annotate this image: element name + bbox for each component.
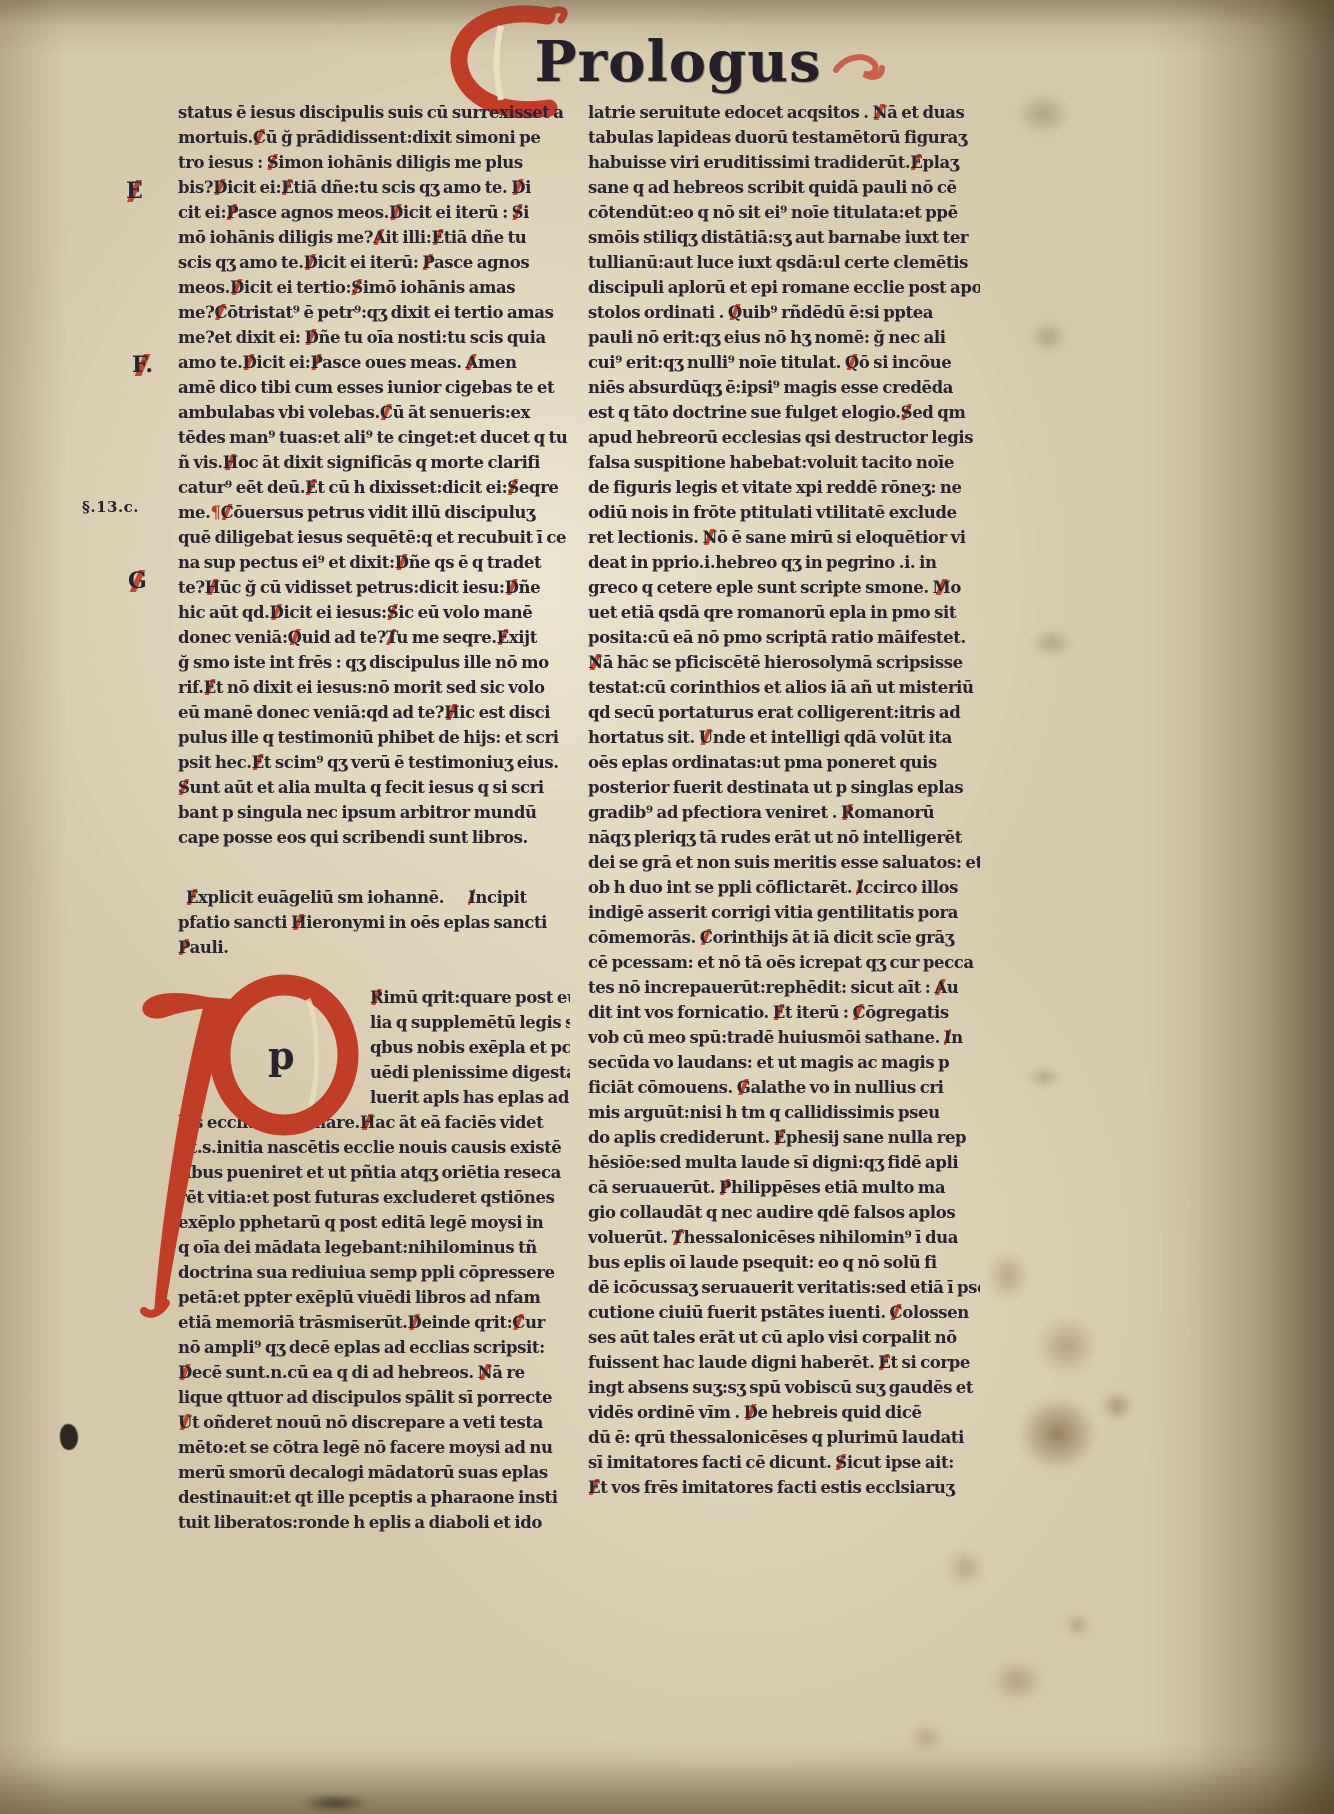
text-line: posita:cū eā nō pmo scriptā ratio māifes… [588,625,980,650]
text-line: status ē iesus discipulis suis cū surrex… [178,100,570,125]
text-line: ambulabas vbi volebas.Cū āt senueris:ex [178,400,570,425]
text-line: mortuis.Cū ğ prādidissent:dixit simoni p… [178,125,570,150]
text-line: latrie seruitute edocet acqsitos . Nā et… [588,100,980,125]
text-line: amē dico tibi cum esses iunior cigebas t… [178,375,570,400]
text-line: amo te.Dicit ei:Pasce oues meas. Amen [178,350,570,375]
text-line: catur⁹ eēt deū.Et cū h dixisset:dicit ei… [178,475,570,500]
text-line: rēt vitia:et post futuras excluderet qst… [178,1185,570,1210]
text-line: bant p singula nec ipsum arbitror mundū [178,800,570,825]
text-line: fuissent hac laude digni haberēt. Et si … [588,1350,980,1375]
text-line: dit int vos fornicatio. Et iterū : Cōgre… [588,1000,980,1025]
text-line: Pauli. [178,935,570,960]
page-title: Prologus [535,29,822,95]
text-line: eū manē donec veniā:qd ad te?Hic est dis… [178,700,570,725]
bleed-through-mark [1030,628,1074,658]
page-bottom-shadow [0,1762,1334,1814]
text-line: vob cū meo spū:tradē huiusmōi sathane. I… [588,1025,980,1050]
text-line: cutione ciuiū fuerit pstātes iuenti. Col… [588,1300,980,1325]
foxing-stain [986,1250,1030,1302]
text-line: dū ē: qrū thessalonicēses q plurimū laud… [588,1425,980,1450]
text-line: scis qʒ amo te.Dicit ei iterū: Pasce agn… [178,250,570,275]
text-line: habuisse viri eruditissimi tradiderūt.Ep… [588,150,980,175]
margin-note-4: G [128,568,147,594]
text-line: tibus pueniret et ut pñtia atqʒ oriētia … [178,1160,570,1185]
text-line: gio collaudāt q nec audire qdē falsos ap… [588,1200,980,1225]
text-line: ob h duo int se ppli cōflictarēt. Iccirc… [588,875,980,900]
text-line: smōis stiliqʒ distātiā:sʒ aut barnabe iu… [588,225,980,250]
edge-mark [300,1794,370,1812]
text-line: Sunt aūt et alia multa q fecit iesus q s… [178,775,570,800]
text-line: nō ampli⁹ qʒ decē eplas ad ecclias scrip… [178,1335,570,1360]
manuscript-page: Prologus status ē iesus discipulis suis … [0,0,1334,1814]
bleed-through-mark [1026,1066,1062,1088]
text-line: stolos ordinati . Quib⁹ rñdēdū ē:si ppte… [588,300,980,325]
foxing-stain [1036,1316,1098,1376]
bleed-through-mark [1015,92,1071,136]
text-line: ingt absens suʒ:sʒ spū vobiscū suʒ gaudē… [588,1375,980,1400]
text-line: do aplis crediderunt. Ephesij sane nulla… [588,1125,980,1150]
text-line: tro iesus : Simon iohānis diligis me plu… [178,150,570,175]
text-line: na sup pectus ei⁹ et dixit:Dñe qs ē q tr… [178,550,570,575]
preface-text-block: latrie seruitute edocet acqsitos . Nā et… [588,100,980,1500]
text-line: doctrina sua rediuiua semp ppli cōpresse… [178,1260,570,1285]
text-line: tes nō increpauerūt:rephēdit: sicut aīt … [588,975,980,1000]
text-line: qd secū portaturus erat colligerent:itri… [588,700,980,725]
text-line: las ecclias destinare.Hac āt eā faciēs v… [178,1110,570,1135]
text-line: mis arguūt:nisi h tm q callidissimis pse… [588,1100,980,1125]
text-line: ñ vis.Hoc āt dixit significās q morte cl… [178,450,570,475]
foxing-stain [990,1658,1044,1704]
text-line: pauli nō erit:qʒ eius nō hʒ nomē: ğ nec … [588,325,980,350]
bleed-through-mark [1028,320,1068,354]
text-line: qbus nobis exēpla et pcepta vi [370,1035,570,1060]
text-line: hēsiōe:sed multa laude sī digni:qʒ fidē … [588,1150,980,1175]
text-line: donec veniā:Quid ad te?Tu me seqre.Exijt [178,625,570,650]
text-line: me.¶Cōuersus petrus vidit illū discipulu… [178,500,570,525]
text-line: Nā hāc se pficiscētē hierosolymā scripsi… [588,650,980,675]
text-line: Rimū qrit:quare post euāge [370,985,570,1010]
text-line: cā seruauerūt. Philippēses etiā multo ma [588,1175,980,1200]
text-line: tuit liberatos:ronde h eplis a diaboli e… [178,1510,570,1535]
text-line: ficiāt cōmouens. Galathe vo in nullius c… [588,1075,980,1100]
text-line: tēdes man⁹ tuas:et ali⁹ te cinget:et duc… [178,425,570,450]
text-line: quē diligebat iesus sequētē:q et recubui… [178,525,570,550]
preface-lines: las ecclias destinare.Hac āt eā faciēs v… [178,1110,570,1535]
text-line: sane q ad hebreos scribit quidā pauli nō… [588,175,980,200]
text-line: Decē sunt.n.cū ea q di ad hebreos. Nā re [178,1360,570,1385]
text-line: secūda vo laudans: et ut magis ac magis … [588,1050,980,1075]
text-line: rif.Et nō dixit ei iesus:nō morit sed si… [178,675,570,700]
text-line: indigē asserit corrigi vitia gentilitati… [588,900,980,925]
text-line: voluerūt. Thessalonicēses nihilomin⁹ ī d… [588,1225,980,1250]
text-line: petā:et ppter exēplū viuēdi libros ad nf… [178,1285,570,1310]
title-flourish-icon [830,40,886,84]
text-line: etiā memoriā trāsmiserūt.Deinde qrit:Cur [178,1310,570,1335]
text-line: tabulas lapideas duorū testamētorū figur… [588,125,980,150]
text-line: meos.Dicit ei tertio:Simō iohānis amas [178,275,570,300]
text-line: deat in pprio.i.hebreo qʒ in pegrino .i.… [588,550,980,575]
text-line: te?Hūc ğ cū vidisset petrus:dicit iesu:D… [178,575,570,600]
text-line: ses aūt tales erāt ut cū aplo visi corpa… [588,1325,980,1350]
text-line: de figuris legis et vitate xpi reddē rōn… [588,475,980,500]
text-line: uēdi plenissime digesta sūt:vo [370,1060,570,1085]
text-line: cui⁹ erit:qʒ nulli⁹ noīe titulat. Qō si … [588,350,980,375]
text-line: ğ smo iste int frēs : qʒ discipulus ille… [178,650,570,675]
text-line: Explicit euāgeliū sm iohannē. Incipit [178,885,570,910]
text-line: mō iohānis diligis me?Ait illi:Etiā dñe … [178,225,570,250]
text-line: vidēs ordinē vīm . De hebreis quid dicē [588,1400,980,1425]
page-edge-shadow [1196,0,1334,1814]
text-line: pfatio sancti Hieronymi in oēs eplas san… [178,910,570,935]
text-line: posterior fuerit destinata ut p singlas … [588,775,980,800]
preface-block: p Rimū qrit:quare post euāgelia q supple… [178,985,570,1535]
text-line: bis?Dicit ei:Etiā dñe:tu scis qʒ amo te.… [178,175,570,200]
text-line: apud hebreorū ecclesias qsi destructor l… [588,425,980,450]
text-line: me?et dixit ei: Dñe tu oīa nosti:tu scis… [178,325,570,350]
text-line: bus eplis oī laude psequit: eo q nō solū… [588,1250,980,1275]
foxing-stain [1064,1612,1092,1638]
text-column-right: latrie seruitute edocet acqsitos . Nā et… [588,100,980,1500]
text-line: lia q supplemētū legis sunt et ī [370,1010,570,1035]
text-line: destinauit:et qt ille pceptis a pharaone… [178,1485,570,1510]
text-line: cape posse eos qui scribendi sunt libros… [178,825,570,850]
foxing-stain [908,1722,946,1754]
text-column-left: status ē iesus discipulis suis cū surrex… [178,100,570,1535]
text-line: odiū nois in frōte ptitulati vtilitatē e… [588,500,980,525]
text-line: psit hec.Et scim⁹ qʒ verū ē testimoniuʒ … [178,750,570,775]
text-line: q oīa dei mādata legebant:nihilominus tñ [178,1235,570,1260]
text-line: ut.s.initia nascētis ecclie nouis causis… [178,1135,570,1160]
text-line: uet etiā qsdā qre romanorū epla in pmo s… [588,600,980,625]
text-line: hic aūt qd.Dicit ei iesus:Sic eū volo ma… [178,600,570,625]
text-line: cōtendūt:eo q nō sit ei⁹ noīe titulata:e… [588,200,980,225]
text-line: greco q cetere eple sunt scripte smone. … [588,575,980,600]
text-line: luerit apls has eplas ad singu [370,1085,570,1110]
text-line: mēto:et se cōtra legē nō facere moysi ad… [178,1435,570,1460]
text-line: pulus ille q testimoniū phibet de hijs: … [178,725,570,750]
text-line: Et vos frēs imitatores facti estis eccls… [588,1475,980,1500]
margin-note-1: E [126,178,143,204]
text-line: falsa suspitione habebat:voluit tacito n… [588,450,980,475]
text-line: me?Cōtristat⁹ ē petr⁹:qʒ dixit ei tertio… [178,300,570,325]
foxing-stain [1018,1396,1098,1472]
preface-dropcap-lines: Rimū qrit:quare post euāgelia q supplemē… [178,985,570,1110]
text-line: dei se grā et non suis meritis esse salu… [588,850,980,875]
text-line: ret lectionis. Nō ē sane mirū si eloquēt… [588,525,980,550]
text-line: niēs absurdūqʒ ē:ipsi⁹ magis esse credēd… [588,375,980,400]
explicit-incipit-block: Explicit euāgeliū sm iohannē. Incipitpfa… [178,885,570,960]
margin-note-citation: §.13.c. [82,498,139,516]
text-line: tullianū:aut luce iuxt qsdā:ul certe cle… [588,250,980,275]
text-line: oēs eplas ordinatas:ut pma poneret quis [588,750,980,775]
foxing-stain [1100,1390,1134,1422]
text-line: testat:cū corinthios et alios iā añ ut m… [588,675,980,700]
foxing-stain [944,1548,986,1588]
text-line: cit ei:Pasce agnos meos.Dicit ei iterū :… [178,200,570,225]
text-line: discipuli aplorū et epi romane ecclie po… [588,275,980,300]
text-line: sī imitatores facti cē dicunt. Sicut ips… [588,1450,980,1475]
text-line: est q tāto doctrine sue fulget elogio.Se… [588,400,980,425]
text-line: lique qttuor ad discipulos spālit sī por… [178,1385,570,1410]
text-line: cē pcessam: et nō tā oēs icrepat qʒ cur … [588,950,980,975]
text-line: Ut oñderet nouū nō discrepare a veti tes… [178,1410,570,1435]
gospel-text-block: status ē iesus discipulis suis cū surrex… [178,100,570,850]
margin-note-2: F. [132,352,153,378]
text-line: nāqʒ pleriqʒ tā rudes erāt ut nō intelli… [588,825,980,850]
text-line: exēplo pphetarū q post editā legē moysi … [178,1210,570,1235]
text-line: gradib⁹ ad pfectiora veniret . Romanorū [588,800,980,825]
ink-blob [60,1424,78,1450]
text-line: dē icōcussaʒ seruauerit veritatis:sed et… [588,1275,980,1300]
text-line: hortatus sit. Unde et intelligi qdā volū… [588,725,980,750]
text-line: cōmemorās. Corinthijs āt iā dicit scīe g… [588,925,980,950]
text-line: merū smorū decalogi mādatorū suas eplas [178,1460,570,1485]
